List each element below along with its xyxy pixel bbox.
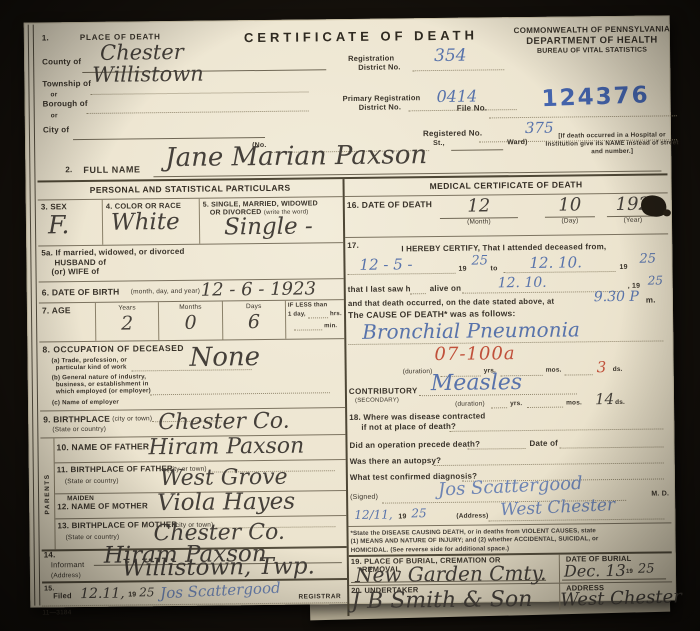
contrib-duration-label: (duration)	[455, 400, 485, 407]
mother-label: 12. NAME OF MOTHER	[57, 502, 148, 512]
street-ward-label: Ward)	[507, 139, 528, 147]
department-line: DEPARTMENT OF HEALTH	[501, 35, 683, 48]
item-17-number: 17.	[347, 242, 359, 251]
parents-content: 10. NAME OF FATHER Hiram Paxson 11. BIRT…	[54, 435, 346, 549]
dod-month-group: 12 (Month)	[440, 197, 518, 226]
cause-mos-label: mos.	[546, 367, 562, 374]
city-rule-line	[73, 137, 265, 140]
attended-from-value: 12 - 5 -	[359, 257, 412, 273]
dod-day-value: 10	[545, 196, 595, 215]
item-14-number: 14.	[44, 551, 56, 560]
undertaker-row: 20. UNDERTAKER J B Smith & Son ADDRESS W…	[349, 582, 672, 612]
age-hrs-line	[308, 317, 328, 318]
contrib-mos-label: mos.	[566, 399, 582, 406]
contrib-ds-label: ds.	[615, 399, 625, 406]
filed-19-label: 19	[128, 591, 136, 599]
last-saw-label-1: that I last saw h	[348, 285, 411, 295]
form-number-row: 11—3184	[42, 603, 347, 619]
contributory-value: Measles	[431, 372, 523, 395]
date-of-label: Date of	[529, 440, 558, 449]
undertaker-value: J B Smith & Son	[351, 589, 532, 613]
undertaker-address-value: West Chester	[560, 588, 682, 609]
occupation-b-label-3: which employed (or employer)	[56, 388, 151, 396]
item-5a-label: 5a. If married, widowed, or divorced	[41, 248, 184, 258]
contributory-label: CONTRIBUTORY	[349, 387, 418, 397]
filed-yy-value: 25	[139, 586, 154, 598]
father-name-row: 10. NAME OF FATHER Hiram Paxson	[54, 435, 345, 463]
parents-strip: PARENTS	[40, 438, 55, 549]
certify-row: 17. I HEREBY CERTIFY, That I attended de…	[345, 234, 669, 320]
dod-day-group: 10 (Day)	[545, 196, 595, 225]
document-title: CERTIFICATE OF DEATH	[244, 28, 478, 46]
last-saw-label-2: alive on	[430, 285, 461, 294]
footnote-block: *State the DISEASE CAUSING DEATH, or in …	[348, 522, 671, 557]
burial-date-cell: DATE OF BURIAL Dec. 13 19 25	[559, 553, 672, 582]
father-bp-value: West Grove	[160, 467, 288, 490]
dod-month-label: (Month)	[440, 218, 518, 226]
age-label-cell: 7. AGE	[39, 303, 95, 342]
signed-label: (Signed)	[350, 494, 378, 502]
hospital-note: [If death occurred in a Hospital or Inst…	[543, 131, 681, 157]
main-body: PERSONAL AND STATISTICAL PARTICULARS 3. …	[37, 173, 672, 619]
marital-cell: 5. SINGLE, MARRIED, WIDOWED OR DIVORCED …	[199, 197, 344, 244]
city-label: City of	[43, 126, 69, 135]
contrib-yrs-line	[491, 407, 507, 408]
age-months-label: Months	[159, 301, 221, 311]
township-dotted-line	[91, 91, 309, 94]
full-name-label: FULL NAME	[83, 165, 140, 176]
personal-column: PERSONAL AND STATISTICAL PARTICULARS 3. …	[38, 179, 350, 619]
occupation-value: None	[189, 344, 260, 371]
mother-bp-sub-2: (State or country)	[66, 534, 120, 542]
full-name-value: Jane Marian Paxson	[165, 142, 427, 171]
burial-yy-value: 25	[638, 563, 655, 576]
filed-label: Filed	[53, 592, 72, 600]
registrar-label: REGISTRAR	[298, 593, 341, 601]
to-19-label: 19	[619, 264, 627, 272]
attended-to-value: 12. 10.	[529, 255, 582, 271]
burial-row: 19. PLACE OF BURIAL, CREMATION OR REMOVA…	[349, 553, 672, 586]
occupation-c-label: (c) Name of employer	[52, 400, 119, 408]
signed-address-value: West Chester	[500, 497, 616, 519]
signed-yy-value: 25	[411, 507, 426, 519]
age-label: 7. AGE	[42, 306, 71, 316]
dod-day-label: (Day)	[545, 217, 595, 225]
signed-19-label: 19	[398, 513, 406, 521]
dob-sub-label: (month, day, and year)	[131, 288, 200, 296]
age-days-cell: Days 6	[222, 301, 286, 340]
secondary-label: (SECONDARY)	[355, 397, 399, 404]
medical-column: MEDICAL CERTIFICATE OF DEATH 16. DATE OF…	[344, 175, 672, 616]
birthplace-label: 9. BIRTHPLACE	[43, 415, 110, 425]
signed-date-value: 12/11,	[354, 509, 393, 521]
filed-row: 15. Filed 12.11, 19 25 Jos Scattergood R…	[42, 580, 347, 606]
physician-signature: Jos Scattergood	[438, 475, 583, 500]
disease-questions-row: 18. Where was disease contracted if not …	[347, 408, 671, 484]
cause-ds-label: ds.	[613, 366, 623, 373]
cause-ds-line	[565, 374, 593, 375]
cause-value: Bronchial Pneumonia	[362, 319, 580, 341]
age-years-label: Years	[96, 302, 158, 312]
or-label-b: or	[51, 112, 58, 119]
cause-days-value: 3	[597, 360, 607, 375]
operation-date-line	[560, 446, 664, 448]
file-no-label: File No.	[457, 104, 488, 113]
age-days-label: Days	[223, 301, 285, 311]
occupation-a-label-2: particular kind of work	[56, 365, 127, 373]
birthplace-value: Chester Co.	[158, 411, 290, 434]
file-no-line	[489, 115, 677, 118]
form-number: 11—3184	[42, 609, 71, 616]
autopsy-line	[434, 462, 664, 466]
date-of-death-row: 16. DATE OF DEATH 12 (Month) 10 (Day) 19…	[345, 193, 668, 238]
race-value: White	[111, 211, 180, 235]
burial-date-value: Dec. 13	[564, 563, 626, 580]
dod-month-value: 12	[440, 197, 518, 216]
county-label: County of	[42, 58, 81, 67]
age-years-cell: Years 2	[95, 302, 159, 341]
registrar-signature: Jos Scattergood	[160, 581, 281, 602]
to-label: to	[490, 265, 497, 273]
dob-value: 12 - 6 - 1923	[201, 280, 316, 299]
birthplace-sub-2: (State or country)	[52, 426, 106, 434]
birthplace-sub-1: (city or town)	[112, 415, 152, 423]
mother-name-row: MAIDEN 12. NAME OF MOTHER Viola Hayes	[55, 491, 346, 519]
bureau-line: BUREAU OF VITAL STATISTICS	[501, 46, 683, 56]
sex-race-marital-row: 3. SEX F. 4. COLOR OR RACE White 5. SING…	[38, 197, 344, 246]
township-label: Township of	[42, 80, 91, 89]
burial-19-label: 19	[626, 569, 633, 576]
file-no-stamp: 124376	[541, 82, 650, 112]
borough-dotted-line	[87, 110, 309, 114]
from-yy-value: 25	[471, 254, 488, 267]
age-row: 7. AGE Years 2 Months 0 Days 6	[39, 300, 344, 342]
husband-wife-row: 5a. If married, widowed, or divorced HUS…	[38, 243, 343, 282]
undertaker-address-cell: ADDRESS West Chester	[559, 582, 672, 609]
death-occurred-label: and that death occurred, on the date sta…	[348, 298, 555, 309]
certificate-content: 1. PLACE OF DEATH County of Chester Town…	[36, 15, 673, 607]
dod-year-label: (Year)	[607, 216, 659, 224]
occupation-b-line	[150, 392, 330, 395]
primary-registration-value: 0414	[436, 89, 477, 105]
contracted-label-2: if not at place of death?	[361, 423, 456, 433]
autopsy-label: Was there an autopsy?	[350, 457, 442, 467]
or-label-a: or	[50, 91, 57, 98]
last-saw-gap-line	[410, 293, 426, 294]
informant-row: 14. Informant Hiram Paxson (Address) Wil…	[42, 548, 347, 583]
occupation-label: 8. OCCUPATION OF DECEASED	[42, 344, 184, 355]
registration-district-label-2: District No.	[358, 63, 400, 72]
age-less-label-1: IF LESS than	[288, 302, 327, 309]
contrib-yrs-label: yrs.	[510, 400, 522, 407]
from-19-label: 19	[458, 266, 466, 274]
borough-label: Borough of	[43, 100, 88, 109]
father-bp-sub-2: (State or country)	[65, 478, 119, 486]
street-rule-line	[451, 149, 503, 151]
death-certificate-document: 1. PLACE OF DEATH County of Chester Town…	[24, 15, 677, 607]
burial-place-cell: 19. PLACE OF BURIAL, CREMATION OR REMOVA…	[349, 555, 559, 585]
dod-label: 16. DATE OF DEATH	[347, 200, 432, 210]
death-time-value: 9.30 P	[594, 290, 639, 305]
undertaker-cell: 20. UNDERTAKER J B Smith & Son	[349, 584, 559, 612]
father-bp-label: 11. BIRTHPLACE OF FATHER	[57, 465, 173, 475]
registration-district-value: 354	[434, 48, 467, 65]
contrib-days-value: 14	[595, 392, 614, 407]
contracted-line	[449, 428, 663, 431]
informant-address-label: (Address)	[51, 572, 81, 579]
registration-district-line	[412, 69, 504, 71]
dob-label: 6. DATE OF BIRTH	[42, 288, 120, 298]
primary-registration-label-2: District No.	[359, 103, 401, 112]
cause-code-value: 07-100a	[434, 345, 515, 364]
age-months-value: 0	[159, 314, 222, 334]
township-value: Willistown	[92, 64, 204, 86]
mother-value: Viola Hayes	[157, 491, 295, 516]
age-days-value: 6	[223, 313, 286, 333]
parents-block: PARENTS 10. NAME OF FATHER Hiram Paxson …	[40, 435, 346, 551]
item-2-number: 2.	[65, 166, 72, 175]
marital-value: Single -	[224, 215, 313, 239]
age-min-label: min.	[324, 323, 337, 330]
age-months-cell: Months 0	[158, 301, 222, 340]
age-years-value: 2	[96, 314, 159, 334]
parents-label: PARENTS	[44, 473, 51, 514]
md-label: M. D.	[651, 490, 669, 498]
age-less-cell: IF LESS than 1 day, hrs. min.	[285, 300, 344, 339]
occupation-row: 8. OCCUPATION OF DECEASED (a) Trade, pro…	[39, 339, 345, 411]
burial-date-line	[562, 578, 666, 580]
to-yy-value: 25	[639, 253, 656, 266]
age-min-line	[294, 329, 322, 330]
contrib-mos-line	[527, 407, 563, 408]
informant-address-value: Willistown, Twp.	[122, 555, 315, 580]
informant-label: Informant	[51, 561, 85, 570]
sex-cell: 3. SEX F.	[38, 200, 103, 246]
cause-duration-label: (duration)	[403, 368, 433, 375]
father-value: Hiram Paxson	[148, 436, 304, 460]
contributory-row: CONTRIBUTORY (SECONDARY) Measles (durati…	[347, 378, 670, 412]
father-label: 10. NAME OF FATHER	[56, 442, 149, 452]
operation-line	[468, 448, 526, 450]
age-less-label-2: 1 day,	[288, 312, 306, 319]
street-st-label: St.,	[433, 140, 445, 148]
county-value: Chester	[100, 42, 184, 64]
agency-block: COMMONWEALTH OF PENNSYLVANIA DEPARTMENT …	[501, 25, 683, 56]
race-cell: 4. COLOR OR RACE White	[102, 199, 200, 245]
item-1-number: 1.	[42, 34, 49, 43]
last-saw-value: 12. 10.	[498, 276, 547, 291]
time-m-label: m.	[646, 297, 656, 306]
sex-value: F.	[48, 212, 70, 237]
header-section: 1. PLACE OF DEATH County of Chester Town…	[36, 15, 668, 180]
ink-blot-small	[663, 209, 671, 216]
registered-no-label: Registered No.	[423, 129, 482, 138]
address-label: (Address)	[456, 512, 488, 520]
last-saw-yy-value: 25	[648, 274, 663, 286]
age-hrs-label: hrs.	[330, 311, 342, 318]
filed-date-value: 12.11,	[80, 587, 125, 602]
operation-label: Did an operation precede death?	[349, 441, 480, 451]
wife-of-label: (or) WIFE of	[51, 268, 99, 277]
